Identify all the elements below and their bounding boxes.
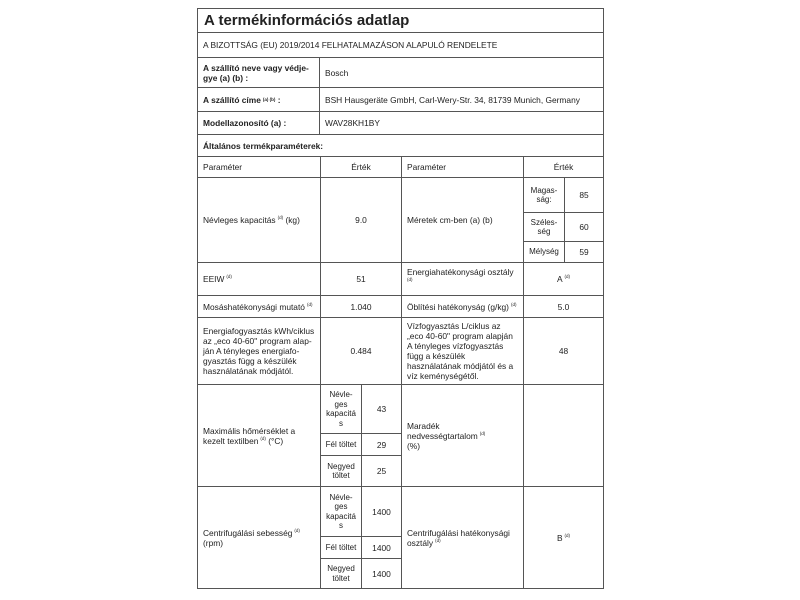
- washing-index-label: Mosáshatékonysági mutató(d): [197, 295, 321, 318]
- regulation-text: A BIZOTTSÁG (EU) 2019/2014 FELHATALMAZÁS…: [203, 40, 497, 50]
- washing-index-value: 1.040: [320, 295, 402, 318]
- supplier-address-value-text: BSH Hausgeräte GmbH, Carl-Wery-Str. 34, …: [325, 95, 580, 105]
- supplier-name-value: Bosch: [319, 57, 604, 88]
- energy-consumption-value-text: 0.484: [351, 346, 372, 356]
- spin-speed-label: Centrifugálási sebesség(d)(rpm): [197, 486, 321, 589]
- height-label: Magas-ság:: [523, 177, 565, 213]
- max-temp-rated-value-text: 43: [377, 404, 386, 414]
- max-temp-half-value: 29: [361, 433, 402, 456]
- spin-half-value: 1400: [361, 536, 402, 559]
- energy-class-value: A(d): [523, 262, 604, 296]
- capacity-value: 9.0: [320, 177, 402, 263]
- spin-speed-label-text: Centrifugálási sebesség: [203, 528, 292, 538]
- max-temp-quarter-value: 25: [361, 455, 402, 487]
- width-value-text: 60: [579, 222, 588, 232]
- moisture-label: Maradék nedvességtartalom(d)(%): [401, 384, 524, 487]
- sheet-title-text: A termékinformációs adatlap: [204, 12, 409, 30]
- footnote-marker: (d): [480, 431, 486, 436]
- height-value: 85: [564, 177, 604, 213]
- supplier-address-label: A szállító címe(a) (b) :: [197, 87, 320, 112]
- rinsing-label-text: Öblítési hatékonyság (g/kg): [407, 302, 509, 312]
- capacity-value-text: 9.0: [355, 215, 367, 225]
- rinsing-value: 5.0: [523, 295, 604, 318]
- spin-half-label: Fél töltet: [320, 536, 362, 559]
- general-section-title-text: Általános termékparaméterek:: [203, 141, 323, 151]
- rinsing-label: Öblítési hatékonyság (g/kg)(d): [401, 295, 524, 318]
- capacity-unit: (kg): [285, 215, 299, 225]
- footnote-marker: (d): [565, 533, 571, 538]
- sheet-title: A termékinformációs adatlap: [197, 8, 604, 33]
- energy-class-value-text: A: [557, 274, 563, 284]
- spin-class-value-text: B: [557, 533, 563, 543]
- washing-index-label-text: Mosáshatékonysági mutató: [203, 302, 305, 312]
- eeiw-label-text: EEIW: [203, 274, 224, 284]
- max-temp-rated-label: Névle-ges kapacitá s: [320, 384, 362, 434]
- spin-quarter-label: Negyed töltet: [320, 558, 362, 589]
- moisture-label-text: Maradék nedvességtartalom: [407, 421, 478, 441]
- spin-quarter-value: 1400: [361, 558, 402, 589]
- eeiw-value-text: 51: [356, 274, 365, 284]
- width-label: Széles-ség: [523, 212, 565, 242]
- energy-consumption-label: Energiafogyasztás kWh/ciklus az „eco 40-…: [197, 317, 321, 385]
- depth-value-text: 59: [579, 247, 588, 257]
- eeiw-value: 51: [320, 262, 402, 296]
- footnote-marker: (d): [278, 215, 284, 220]
- width-value: 60: [564, 212, 604, 242]
- col-header-value-2: Érték: [523, 156, 604, 178]
- moisture-value: [523, 384, 604, 487]
- max-temp-half-label: Fél töltet: [320, 433, 362, 456]
- max-temp-quarter-label: Negyed töltet: [320, 455, 362, 487]
- energy-class-label: Energiahatékonysági osztály(d): [401, 262, 524, 296]
- dimensions-label: Méretek cm-ben (a) (b): [401, 177, 524, 263]
- col-header-param-1: Paraméter: [197, 156, 321, 178]
- water-consumption-label-text: Vízfogyasztás L/ciklus az „eco 40-60" pr…: [407, 321, 519, 381]
- footnote-marker: (d): [294, 528, 300, 533]
- max-temp-rated-value: 43: [361, 384, 402, 434]
- water-consumption-value: 48: [523, 317, 604, 385]
- footnote-marker: (d): [565, 274, 571, 279]
- spin-class-label: Centrifugálási hatékonysági osztály(d): [401, 486, 524, 589]
- dimensions-label-text: Méretek cm-ben (a) (b): [407, 215, 493, 225]
- moisture-unit: (%): [407, 441, 420, 451]
- col-header-text: Paraméter: [203, 162, 242, 172]
- max-temp-quarter-value-text: 25: [377, 466, 386, 476]
- half-load-label-text: Fél töltet: [326, 543, 357, 553]
- model-value-text: WAV28KH1BY: [325, 118, 380, 128]
- depth-label: Mélység: [523, 241, 565, 263]
- col-header-param-2: Paraméter: [401, 156, 524, 178]
- footnote-marker: (d): [407, 277, 413, 282]
- col-header-text: Paraméter: [407, 162, 446, 172]
- footnote-marker: (d): [260, 436, 266, 441]
- rated-capacity-label-text: Névle-ges kapacitá s: [325, 493, 357, 531]
- washing-index-value-text: 1.040: [351, 302, 372, 312]
- rinsing-value-text: 5.0: [558, 302, 570, 312]
- model-label: Modellazonosító (a) :: [197, 111, 320, 135]
- max-temp-label: Maximális hőmérséklet a kezelt textilben…: [197, 384, 321, 487]
- col-header-value-1: Érték: [320, 156, 402, 178]
- max-temp-half-value-text: 29: [377, 440, 386, 450]
- energy-consumption-value: 0.484: [320, 317, 402, 385]
- colon: :: [278, 95, 281, 105]
- eeiw-label: EEIW(d): [197, 262, 321, 296]
- spin-half-value-text: 1400: [372, 543, 391, 553]
- height-label-text: Magas-ság:: [530, 186, 558, 205]
- spin-class-label-text: Centrifugálási hatékonysági osztály: [407, 528, 510, 548]
- supplier-address-label-text: A szállító címe: [203, 95, 261, 105]
- spin-speed-unit: (rpm): [203, 538, 223, 548]
- spin-rated-label: Névle-ges kapacitá s: [320, 486, 362, 537]
- supplier-name-label-text: A szállító neve vagy védje-gye (a) (b) :: [203, 63, 315, 83]
- col-header-text: Érték: [554, 162, 574, 172]
- quarter-load-label-text: Negyed töltet: [327, 564, 355, 583]
- width-label-text: Széles-ség: [531, 218, 558, 237]
- capacity-label: Névleges kapacitás(d) (kg): [197, 177, 321, 263]
- product-information-sheet: A termékinformációs adatlap A BIZOTTSÁG …: [197, 8, 604, 589]
- half-load-label-text: Fél töltet: [326, 440, 357, 450]
- depth-label-text: Mélység: [529, 247, 559, 257]
- spin-quarter-value-text: 1400: [372, 569, 391, 579]
- spin-rated-value: 1400: [361, 486, 402, 537]
- supplier-address-value: BSH Hausgeräte GmbH, Carl-Wery-Str. 34, …: [319, 87, 604, 112]
- depth-value: 59: [564, 241, 604, 263]
- capacity-label-text: Névleges kapacitás: [203, 215, 276, 225]
- regulation-row: A BIZOTTSÁG (EU) 2019/2014 FELHATALMAZÁS…: [197, 32, 604, 58]
- height-value-text: 85: [579, 190, 588, 200]
- footnote-marker: (d): [511, 302, 517, 307]
- energy-consumption-label-text: Energiafogyasztás kWh/ciklus az „eco 40-…: [203, 326, 316, 376]
- footnote-marker: (d): [226, 274, 232, 279]
- col-header-text: Érték: [351, 162, 371, 172]
- spin-rated-value-text: 1400: [372, 507, 391, 517]
- water-consumption-value-text: 48: [559, 346, 568, 356]
- quarter-load-label-text: Negyed töltet: [327, 462, 355, 481]
- model-value: WAV28KH1BY: [319, 111, 604, 135]
- footnote-marker: (d): [435, 538, 441, 543]
- footnote-marker: (d): [307, 302, 313, 307]
- supplier-name-label: A szállító neve vagy védje-gye (a) (b) :: [197, 57, 320, 88]
- water-consumption-label: Vízfogyasztás L/ciklus az „eco 40-60" pr…: [401, 317, 524, 385]
- model-label-text: Modellazonosító (a) :: [203, 118, 286, 128]
- supplier-name-value-text: Bosch: [325, 68, 348, 78]
- rated-capacity-label-text: Névle-ges kapacitá s: [325, 390, 357, 428]
- spin-class-value: B(d): [523, 486, 604, 589]
- max-temp-unit: (°C): [268, 436, 283, 446]
- general-section-title: Általános termékparaméterek:: [197, 134, 604, 157]
- energy-class-label-text: Energiahatékonysági osztály: [407, 267, 514, 277]
